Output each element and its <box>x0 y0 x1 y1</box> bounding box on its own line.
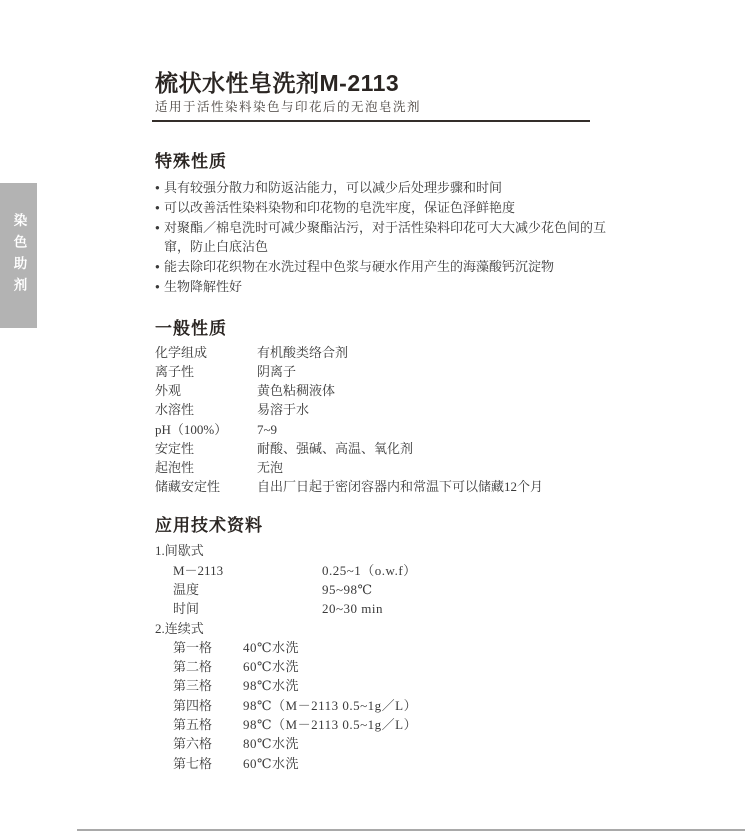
property-value: 有机酸类络合剂 <box>257 343 635 362</box>
table-row: 外观黄色粘稠液体 <box>155 381 635 400</box>
table-row: 起泡性无泡 <box>155 458 635 477</box>
list-item: ●能去除印花织物在水洗过程中色浆与硬水作用产生的海藻酸钙沉淀物 <box>155 257 625 277</box>
bullet-text: 生物降解性好 <box>164 279 242 294</box>
bullet-text: 可以改善活性染料染物和印花物的皂洗牢度，保证色泽鲜艳度 <box>164 200 515 215</box>
tank-label: 第二格 <box>173 657 243 676</box>
tank-value: 40℃水洗 <box>243 638 635 657</box>
property-label: 化学组成 <box>155 343 257 362</box>
general-properties-table: 化学组成有机酸类络合剂 离子性阴离子 外观黄色粘稠液体 水溶性易溶于水 pH（1… <box>155 343 635 497</box>
continuous-process-subheading: 2.连续式 <box>155 619 635 638</box>
parameter-value: 0.25~1（o.w.f） <box>322 561 635 580</box>
table-row: 第六格80℃水洗 <box>155 734 635 753</box>
section-heading-general-properties: 一般性质 <box>155 318 635 340</box>
document-content: 梳状水性皂洗剂M-2113 适用于活性染料染色与印花后的无泡皂洗剂 特殊性质 ●… <box>155 0 635 773</box>
property-value: 无泡 <box>257 458 635 477</box>
table-row: pH（100%）7~9 <box>155 420 635 439</box>
list-item: ●可以改善活性染料染物和印花物的皂洗牢度，保证色泽鲜艳度 <box>155 198 625 218</box>
tank-label: 第一格 <box>173 638 243 657</box>
document-page: 染色助剂 梳状水性皂洗剂M-2113 适用于活性染料染色与印花后的无泡皂洗剂 特… <box>0 0 745 836</box>
table-row: M－21130.25~1（o.w.f） <box>155 561 635 580</box>
parameter-value: 20~30 min <box>322 599 635 618</box>
table-row: 时间20~30 min <box>155 599 635 618</box>
property-label: 储藏安定性 <box>155 477 257 496</box>
table-row: 第五格98℃（M－2113 0.5~1g／L） <box>155 715 635 734</box>
batch-process-subheading: 1.间歇式 <box>155 541 635 560</box>
product-subtitle: 适用于活性染料染色与印花后的无泡皂洗剂 <box>155 100 635 115</box>
property-label: 外观 <box>155 381 257 400</box>
table-row: 第三格98℃水洗 <box>155 676 635 695</box>
tank-label: 第七格 <box>173 754 243 773</box>
tank-label: 第六格 <box>173 734 243 753</box>
parameter-value: 95~98℃ <box>322 580 635 599</box>
property-value: 耐酸、强碱、高温、氧化剂 <box>257 439 635 458</box>
tank-value: 98℃水洗 <box>243 676 635 695</box>
table-row: 第四格98℃（M－2113 0.5~1g／L） <box>155 696 635 715</box>
bullet-icon: ● <box>155 277 160 297</box>
tank-value: 98℃（M－2113 0.5~1g／L） <box>243 696 635 715</box>
table-row: 安定性耐酸、强碱、高温、氧化剂 <box>155 439 635 458</box>
category-tab: 染色助剂 <box>0 183 37 328</box>
tank-value: 60℃水洗 <box>243 657 635 676</box>
table-row: 第一格40℃水洗 <box>155 638 635 657</box>
tank-label: 第五格 <box>173 715 243 734</box>
special-properties-list: ●具有较强分散力和防返沾能力，可以减少后处理步骤和时间 ●可以改善活性染料染物和… <box>155 178 625 297</box>
property-label: 起泡性 <box>155 458 257 477</box>
section-heading-special-properties: 特殊性质 <box>155 151 635 173</box>
parameter-label: 温度 <box>173 580 322 599</box>
bullet-text: 对聚酯／棉皂洗时可减少聚酯沾污，对于活性染料印花可大大减少花色间的互窜，防止白底… <box>164 220 606 255</box>
table-row: 离子性阴离子 <box>155 362 635 381</box>
bullet-text: 能去除印花织物在水洗过程中色浆与硬水作用产生的海藻酸钙沉淀物 <box>164 259 554 274</box>
property-value: 阴离子 <box>257 362 635 381</box>
bullet-icon: ● <box>155 257 160 277</box>
tank-value: 98℃（M－2113 0.5~1g／L） <box>243 715 635 734</box>
property-label: 离子性 <box>155 362 257 381</box>
bullet-icon: ● <box>155 178 160 198</box>
tank-value: 60℃水洗 <box>243 754 635 773</box>
list-item: ●生物降解性好 <box>155 277 625 297</box>
table-row: 温度95~98℃ <box>155 580 635 599</box>
property-label: pH（100%） <box>155 420 257 439</box>
property-value: 7~9 <box>257 420 635 439</box>
table-row: 第二格60℃水洗 <box>155 657 635 676</box>
section-heading-application: 应用技术资料 <box>155 515 635 537</box>
bullet-icon: ● <box>155 218 160 238</box>
list-item: ●具有较强分散力和防返沾能力，可以减少后处理步骤和时间 <box>155 178 625 198</box>
bullet-text: 具有较强分散力和防返沾能力，可以减少后处理步骤和时间 <box>164 180 502 195</box>
parameter-label: 时间 <box>173 599 322 618</box>
table-row: 储藏安定性自出厂日起于密闭容器内和常温下可以储藏12个月 <box>155 477 635 496</box>
category-tab-label: 染色助剂 <box>9 213 29 299</box>
tank-label: 第四格 <box>173 696 243 715</box>
list-item: ●对聚酯／棉皂洗时可减少聚酯沾污，对于活性染料印花可大大减少花色间的互窜，防止白… <box>155 218 625 258</box>
application-data: 1.间歇式 M－21130.25~1（o.w.f） 温度95~98℃ 时间20~… <box>155 541 635 773</box>
table-row: 水溶性易溶于水 <box>155 400 635 419</box>
title-divider <box>152 120 590 122</box>
property-label: 安定性 <box>155 439 257 458</box>
property-value: 自出厂日起于密闭容器内和常温下可以储藏12个月 <box>257 477 635 496</box>
tank-value: 80℃水洗 <box>243 734 635 753</box>
table-row: 第七格60℃水洗 <box>155 754 635 773</box>
footer-divider <box>77 829 745 831</box>
parameter-label: M－2113 <box>173 561 322 580</box>
bullet-icon: ● <box>155 198 160 218</box>
property-value: 易溶于水 <box>257 400 635 419</box>
property-label: 水溶性 <box>155 400 257 419</box>
property-value: 黄色粘稠液体 <box>257 381 635 400</box>
product-title: 梳状水性皂洗剂M-2113 <box>155 69 635 97</box>
table-row: 化学组成有机酸类络合剂 <box>155 343 635 362</box>
tank-label: 第三格 <box>173 676 243 695</box>
